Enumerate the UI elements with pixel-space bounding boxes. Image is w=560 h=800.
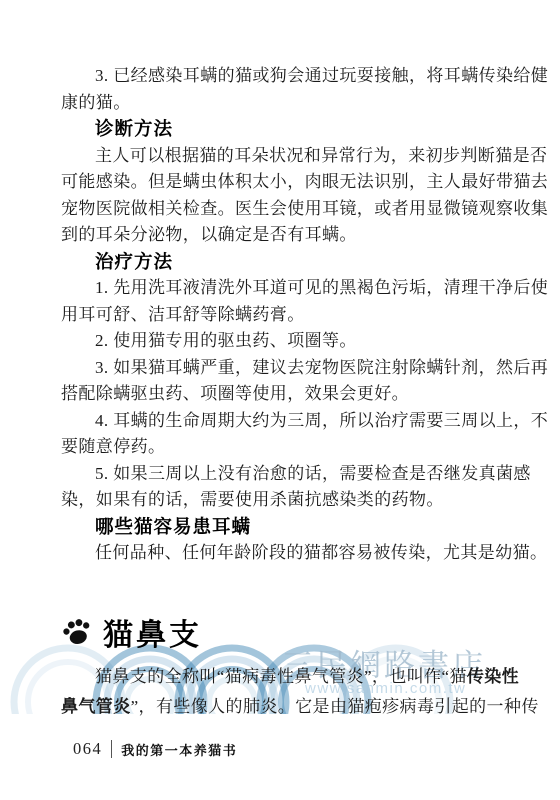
subheader-which-cats-prone: 哪些猫容易患耳螨 [61,514,503,541]
body-line: 1. 先用洗耳液清洗外耳道可见的黑褐色污垢，清理干净后使 [61,275,503,302]
page-footer: 064 我的第一本养猫书 [73,739,237,759]
paw-icon [59,614,95,650]
body-line: 康的猫。 [61,90,503,117]
body-line: 4. 耳螨的生命周期大约为三周，所以治疗需要三周以上，不 [61,408,503,435]
body-line: 用耳可舒、洁耳舒等除螨药膏。 [61,302,503,329]
body-line: 可能感染。但是螨虫体积太小，肉眼无法识别，主人最好带猫去 [61,169,503,196]
section-title: 猫鼻支 [103,610,202,654]
body-text-column: 3. 已经感染耳螨的猫或狗会通过玩耍接触，将耳螨传染给健 康的猫。 诊断方法 主… [61,63,503,567]
body-line: 猫鼻支的全称叫“猫病毒性鼻气管炎”，也叫作“猫传染性 [61,662,513,692]
body-line: 3. 已经感染耳螨的猫或狗会通过玩耍接触，将耳螨传染给健 [61,63,503,90]
body-line: 5. 如果三周以上没有治愈的话，需要检查是否继发真菌感 [61,461,503,488]
emphasized-text: 鼻气管炎 [61,697,131,716]
subheader-treatment-method: 治疗方法 [61,249,503,276]
footer-divider [111,740,112,758]
page-number: 064 [73,739,102,759]
section-heading-cat-rhinotracheitis: 猫鼻支 [62,610,202,654]
body-line: 到的耳朵分泌物，以确定是否有耳螨。 [61,222,503,249]
body-line: 3. 如果猫耳螨严重，建议去宠物医院注射除螨针剂，然后再 [61,355,503,382]
body-line: 主人可以根据猫的耳朵状况和异常行为，来初步判断猫是否 [61,143,503,170]
book-page: 三民網路書店 www.sanmin.com.tw 3. 已经感染耳螨的猫或狗会通… [0,0,560,800]
subheader-diagnosis-method: 诊断方法 [61,116,503,143]
rhinitis-paragraph: 猫鼻支的全称叫“猫病毒性鼻气管炎”，也叫作“猫传染性 鼻气管炎”，有些像人的肺炎… [61,662,513,722]
line-text: 猫鼻支的全称叫“猫病毒性鼻气管炎”，也叫作“猫 [95,667,467,686]
body-line: 染，如果有的话，需要使用杀菌抗感染类的药物。 [61,487,503,514]
body-line: 2. 使用猫专用的驱虫药、项圈等。 [61,328,503,355]
body-line: 搭配除螨驱虫药、项圈等使用，效果会更好。 [61,381,503,408]
line-text: ”，有些像人的肺炎。它是由猫疱疹病毒引起的一种传 [131,697,539,716]
body-line: 要随意停药。 [61,434,503,461]
body-line: 宠物医院做相关检查。医生会使用耳镜，或者用显微镜观察收集 [61,196,503,223]
emphasized-text: 传染性 [467,667,519,686]
body-line: 鼻气管炎”，有些像人的肺炎。它是由猫疱疹病毒引起的一种传 [61,692,513,722]
book-title: 我的第一本养猫书 [121,740,237,759]
body-line: 任何品种、任何年龄阶段的猫都容易被传染，尤其是幼猫。 [61,540,503,567]
